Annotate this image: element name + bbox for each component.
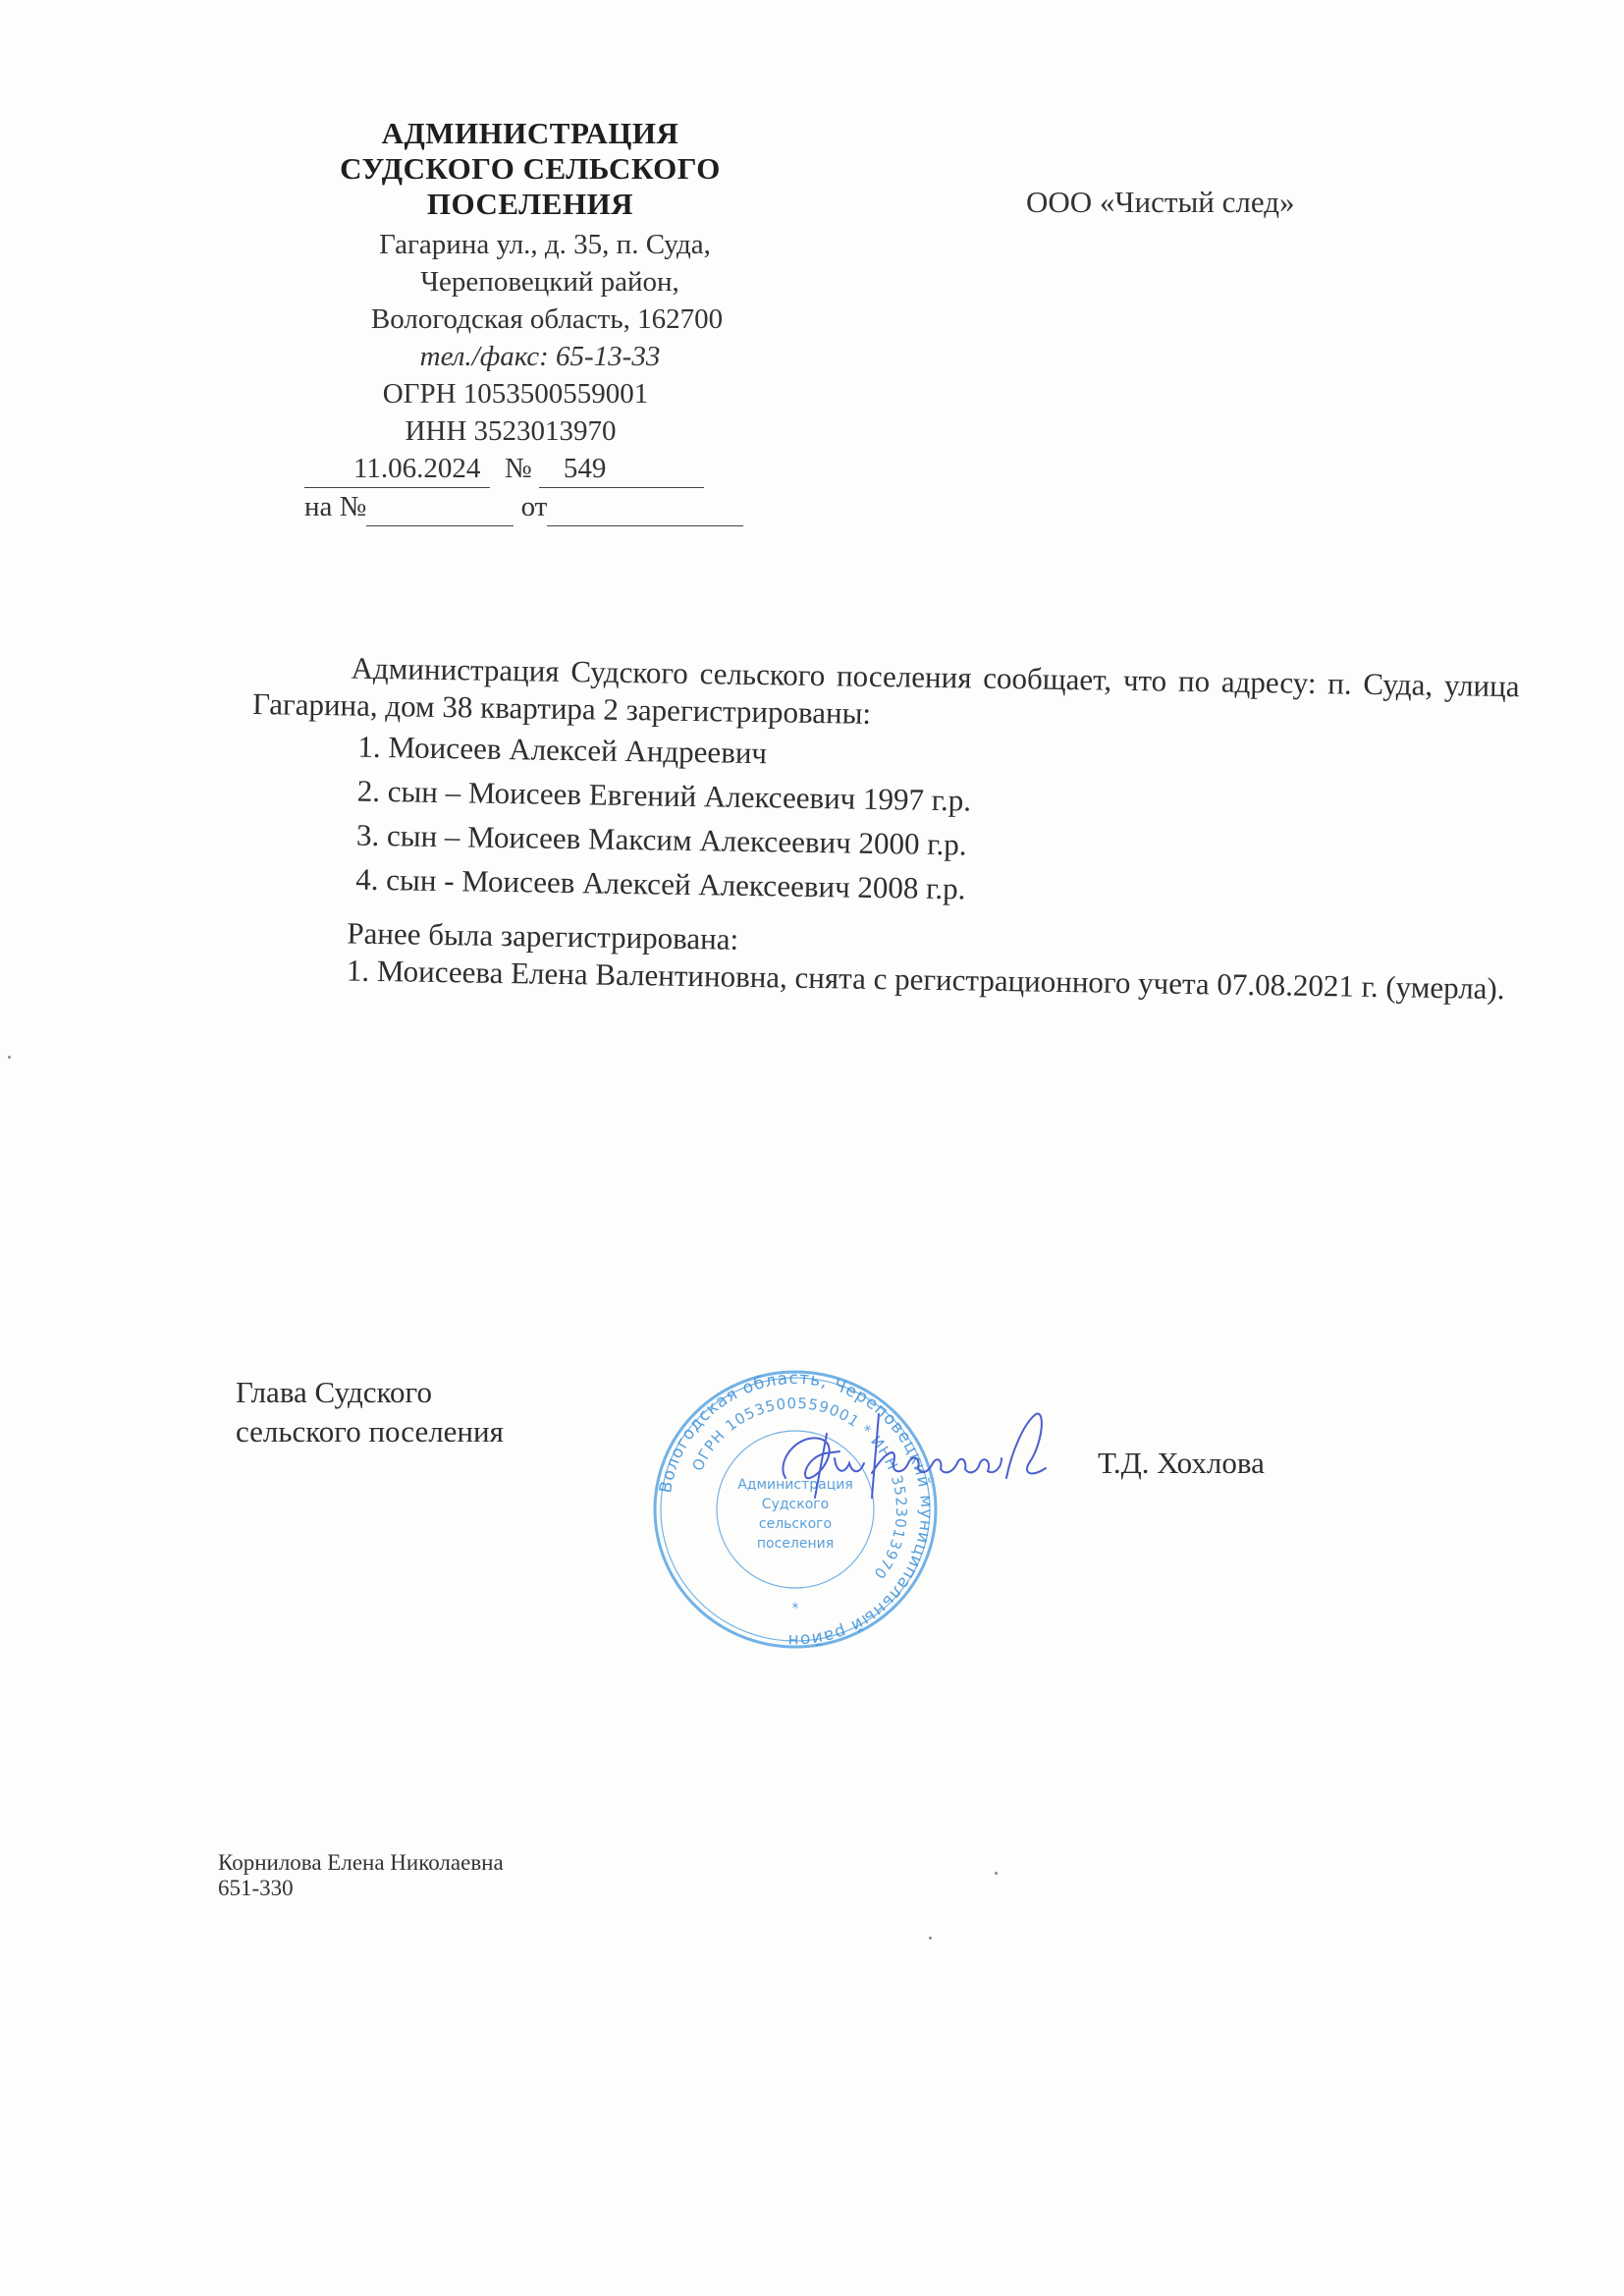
address-line-1: Гагарина ул., д. 35, п. Суда, [285, 226, 776, 263]
org-name-line-2: СУДСКОГО СЕЛЬСКОГО [285, 151, 776, 187]
address-line-2: Череповецкий район, [285, 263, 776, 301]
executor-info: Корнилова Елена Николаевна 651-330 [218, 1850, 504, 1901]
svg-text:сельского: сельского [759, 1516, 832, 1532]
org-name-line-3: ПОСЕЛЕНИЯ [285, 187, 776, 222]
reply-number-field [366, 488, 514, 526]
date-underline-lead [304, 450, 353, 488]
address-line-3: Вологодская область, 162700 [285, 301, 776, 338]
outgoing-ref-line: 11.06.2024 № 549 [304, 450, 776, 488]
outgoing-number: 549 [564, 450, 607, 488]
reply-date-field [547, 488, 743, 526]
registered-list: 1. Моисеев Алексей Андреевич 2. сын – Мо… [249, 723, 1519, 919]
svg-text:*: * [792, 1601, 799, 1616]
letterhead: АДМИНИСТРАЦИЯ СУДСКОГО СЕЛЬСКОГО ПОСЕЛЕН… [285, 116, 776, 526]
svg-text:поселения: поселения [757, 1536, 834, 1552]
reply-label: на № [304, 491, 366, 522]
ogrn: ОГРН 1053500559001 [255, 375, 776, 412]
signer-name: Т.Д. Хохлова [1098, 1446, 1265, 1481]
executor-phone: 651-330 [218, 1876, 504, 1901]
scan-speck [929, 1937, 932, 1940]
executor-name: Корнилова Елена Николаевна [218, 1850, 504, 1876]
from-label: от [521, 491, 548, 522]
letter-body: Администрация Судского сельского поселен… [248, 648, 1520, 1008]
handwritten-signature [766, 1404, 1060, 1512]
phone-fax: тел./факс: 65-13-33 [285, 338, 776, 375]
scan-speck [8, 1056, 11, 1059]
addressee: ООО «Чистый след» [1026, 185, 1294, 220]
signer-position-line-2: сельского поселения [236, 1412, 504, 1451]
number-underline-lead [539, 450, 564, 488]
number-label: № [505, 453, 532, 484]
date-underline-tail [480, 450, 490, 488]
incoming-ref-line: на № от [304, 488, 776, 526]
inn: ИНН 3523013970 [245, 412, 776, 450]
number-underline-tail [606, 450, 704, 488]
signer-position: Глава Судского сельского поселения [236, 1373, 504, 1451]
org-name-line-1: АДМИНИСТРАЦИЯ [285, 116, 776, 151]
scan-speck [995, 1872, 998, 1875]
outgoing-date: 11.06.2024 [353, 450, 480, 488]
signer-position-line-1: Глава Судского [236, 1373, 504, 1412]
